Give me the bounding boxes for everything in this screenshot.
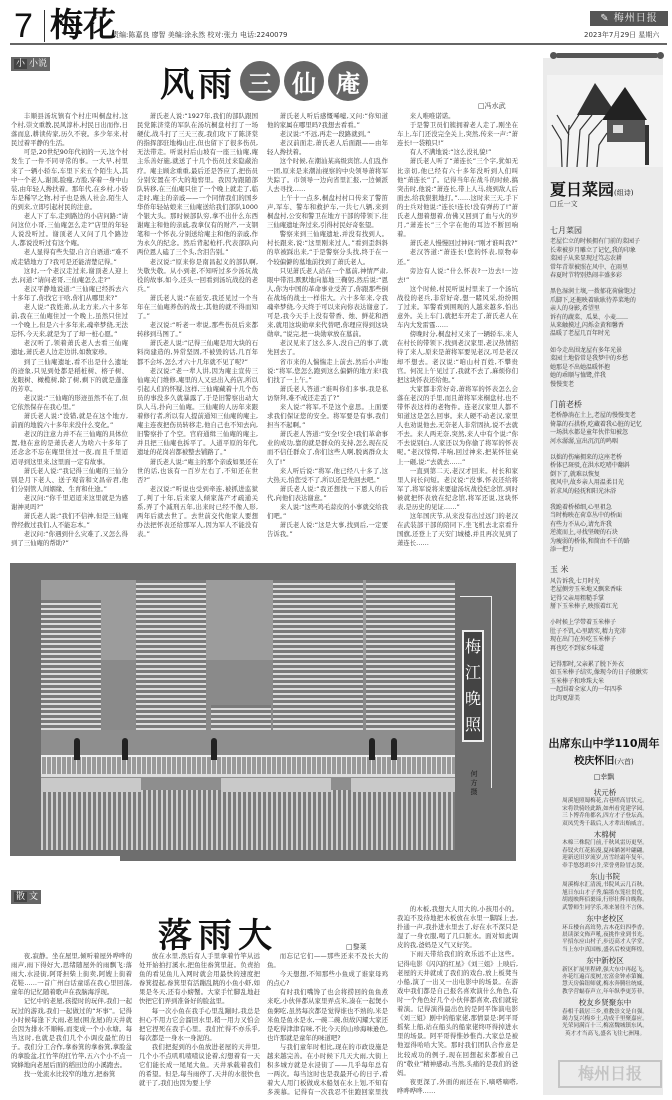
poem-line: 祈求风的轻抚和阳光沐浴 — [550, 488, 658, 496]
poem-line: 有些力不从心,请允许我 — [550, 521, 658, 529]
poem-line: 再也吃不到家乡味道 — [550, 645, 658, 653]
scroll-ornament — [550, 52, 664, 59]
paragraph: 老汉说:“听说也受到牵连,被抓进监狱了,判了十年,后来家人倾家荡产才疏通关系,弄… — [137, 485, 258, 540]
poem-line: 春夏时节特别热闹丰盛多彩 — [550, 272, 658, 280]
ink-sketch-illustration — [547, 75, 663, 167]
poem-line: 当时梅映在荷草丛中的桥面 — [550, 512, 658, 520]
paragraph: 找一处流水比较窄的地方,把畚箕 — [11, 1070, 132, 1079]
poem-line: 她的乖顺与恤鹭,伴我 — [550, 372, 658, 380]
school-poem-list: 状元桥周溪旭照蜀梅花,古巷嗟高冒状元。宋将铁骑经此路,如州看党建学园。三卜博乔角… — [550, 786, 660, 1038]
poem-line: 她那是不出她温暖怀抱 — [550, 364, 658, 372]
school-poem-line: 光荣同满百十三,梅富魏城镇东风。 — [550, 1023, 660, 1030]
story1-column-4: 来人唯唯诺诺。于是警卫员们簇拥着老人走了,刚坐在车上,车门还没完全关上,突然,传… — [397, 112, 518, 552]
paragraph: 丰顺县汤坑镇有个村庄叫桐盘村,这个村,崇文重教,民风淳朴,村民日出而作,日落而息… — [11, 112, 128, 148]
paragraph: 这个时候,在潮汕某高级宾馆,人们乱作一团,原来是来潮汕视察的中央领导萧将军失踪了… — [267, 157, 388, 193]
school-poem-line: 三卜博乔角都名,四方才子登坛高。 — [550, 813, 660, 820]
poem-line: 菜园子从来显现过笃志农耕 — [550, 255, 658, 263]
paragraph: 而忘记它们——那些还来不及长大的鱼。 — [267, 952, 388, 970]
paragraph: 于是警卫员们簇拥着老人走了,刚坐在车上,车门还没完全关上,突然,传来一声:“萧连… — [397, 121, 518, 148]
paragraph: 老人说:“我姓萧,从北方来,六十多年前,我在三仙庵住过一个晚上,虽然只住过一个晚… — [11, 303, 128, 339]
story1-column-1: 丰顺县汤坑镇有个村庄叫桐盘村,这个村,崇文重教,民风淳朴,村民日出而作,日落而息… — [11, 112, 128, 552]
paragraph: 警察来到三仙庵遗址,并没有找到人。村长跟来,说:“这里刚来过人。”看到歪斜斜的草… — [267, 230, 388, 266]
paragraph: 每一次小鱼在我手心里乱蹦时,我总是担心不用力它会溜回水里,稍一用力又怕会把它捏死… — [139, 1007, 260, 1043]
school-poem-line: 当上东中真国栋,盛名后校更辉煌。 — [550, 947, 660, 954]
paragraph: 萧氏老人说:“我记得三仙庵的三仙分别是月下老人、送子观音和文昌帝君,他们分别管人… — [11, 467, 128, 494]
paragraph: 旁边有人说:“什么怀表?一边去!一边去!” — [397, 267, 518, 285]
paragraph: 老汉说:“原来你是南昌起义的部队啊,失敬失敬。从小到老,不知听过多少汤坑战役的故… — [137, 258, 258, 294]
paragraph: 来人唯唯诺诺。 — [397, 112, 518, 121]
paragraph: 老汉见来了这么多人,没自己的事了,就先回去了。 — [267, 339, 388, 357]
header-divider — [44, 10, 45, 42]
poem-line: 一起围着全家人的一年四季 — [550, 686, 658, 694]
paragraph: 我们把捉到的小鱼放进老屋的天井里,几个小不点叽叽喳喳议论着,幻想着有一天它们能长… — [139, 1043, 260, 1088]
paragraph: 放在水里,然后有人手里拿着竹竿从远处开始拍打溪水,把鱼往畚箕里赶。负责抬鱼的看见… — [139, 952, 260, 1007]
editor-credits: 责编:陈嘉良 廖智 美编:涂永然 校对:张力 电话:2240079 — [112, 30, 288, 40]
paragraph: 老汉说:“三仙庵的形迹虽然不在了,但它依然保存在我心里。” — [11, 394, 128, 412]
poem-line: 小时候上学带着玉米棒子 — [550, 619, 658, 627]
paragraph: 与我们童年时相比,现在的市政设施是越来越完善。在小时候下几天大雨,大街上积多城方… — [267, 1043, 388, 1097]
school-poem-heading: 东中新校区 — [550, 957, 660, 964]
school-poem-heading: 校友乡贤聚东中 — [550, 999, 660, 1006]
paragraph: 萧氏老人说:“在延安,我还见过一个当年在三仙庵养伤的战士,其他的就不得而知了。” — [137, 294, 258, 321]
school-poem-subtitle: 校庆怀旧(六首) — [547, 752, 661, 767]
poem-line: 逆流而上,寻找坚硬的石块 — [550, 529, 658, 537]
poem-line: 添一把力 — [550, 546, 658, 554]
paragraph: 这年国庆节,从来没有出过远门的老汉在武装部干部的陪同下,坐飞机去北京看升国旗,还… — [397, 512, 518, 548]
school-poem-line: 武警师生同学乐,寒来暑往不言休。 — [550, 905, 660, 912]
school-poem-line: 春相千载居三乡,重教崇文是自强。 — [550, 1009, 660, 1016]
newspaper-watermark: 梅州日报 — [558, 1060, 662, 1088]
paragraph: 老汉平静地说道:“三仙庵已经拆去六十多年了,你找它干啥,你们从哪里来?” — [11, 285, 128, 303]
paragraph: 萧氏老人答道:“谁叫你们多事,我是私访祭拜,难不成还走丢了?” — [267, 385, 388, 403]
story2-column-3: 而忘记它们——那些还来不及长大的鱼。今天想想,不知那些小鱼成了谁家母鸡的点心?有… — [267, 952, 388, 1097]
paragraph: 夜更深了,外面的雨还在下,嘀嗒嘀嗒,哗哗哗哗…… — [397, 1078, 518, 1096]
poem-line: 亲人的身影,希望里 — [550, 305, 658, 313]
school-poem-heading: 东山书院 — [550, 873, 660, 880]
school-poem-line: 牵手悠悠胡乡汁,荣誉勇险冒志贤。 — [550, 863, 660, 870]
poem-line: 记得父亲用粗糙手掌 — [550, 595, 658, 603]
paragraph: 萧氏老人说:“我们不信神,但是三仙庵曾经救过我们,人不能忘本。” — [11, 512, 128, 530]
paragraph: 可是,20世纪90年代初的一天,这个村发生了一件不同寻常的事。一大早,村里来了一… — [11, 148, 128, 212]
paragraph: 萧氏老人说:“庵主的那个亲戚如果还在世的话,也该有一百岁左右了,不知还在世否?” — [137, 458, 258, 485]
school-poem-line: 双凤凭秀千载后,人才辈出贻威言。 — [550, 821, 660, 828]
paragraph: 记忆中的老屋,孩提时的玩伴,我们一起玩过的游戏,我们一起做过的“坏事”。记得小时… — [11, 997, 132, 1070]
paragraph: 一直到第二天,老汉才回来。村长和家里人问长问短。老汉说:“没事,怀表还给将军了,… — [397, 467, 518, 512]
paragraph: 老人显得有些失望,自言自语道:“难不成走错地方了?我可是还能清楚记得。” — [11, 248, 128, 266]
photo-credit: 何方 摄 — [469, 770, 479, 797]
paragraph: 萧氏老人说:“1927年,我们的部队跟国民党陈济棠的军队在汤坑桐盘村打了一场硬仗… — [137, 112, 258, 258]
story-title: 风雨 三 仙 庵 — [160, 60, 368, 102]
poem-line: 为瘦弱的桥体,和简由不千的路 — [550, 538, 658, 546]
school-poem-title: 出席东山中学110周年 — [547, 735, 661, 752]
poem-heading: 七月菜园 — [550, 227, 658, 235]
story2-column-1: 夜,寂静。坐在屋里,倾听着屋外哗哗的雨声,雨下得好大,思绪随屋外的雨飘飞:落雨大… — [11, 952, 132, 1097]
poem-line: 诉有的蔬菜、瓜果、小麦…… — [550, 314, 658, 322]
paragraph: 傍晚时分,桐盘村又来了一辆轿车,来人在村长的带领下,找到老汉家里,老汉热情招待了… — [397, 330, 518, 385]
paragraph: 老汉问:“你千里迢迢来这里就是为感谢神灵吗?” — [11, 494, 128, 512]
poem-heading: 门前老桥 — [550, 401, 658, 409]
poem-line: 老桥静淌在土上,老屋的慢慢变老 — [550, 412, 658, 420]
header-rule — [10, 43, 667, 45]
frame-notch — [10, 856, 120, 861]
section-title: 梅花 — [50, 5, 116, 45]
paragraph: 萧氏老人答道:“安全!安全!我们革命事业的成功,靠的就是群众的支持,怎么现在反而… — [267, 430, 388, 466]
paragraph: 萧氏老人说:“我还想找一下恩人的后代,向他们表达谢意。” — [267, 485, 388, 503]
paragraph: 萧氏老人听后感慨唏嘘,又问:“你知道他的家属在哪里吗?我想去看看。” — [267, 112, 388, 130]
paragraph: 来人听后说:“将军,他已经八十多了,这大热天,怕您受不了,所以还是先回去吧。” — [267, 467, 388, 485]
school-poem-line: 周溪旭照蜀梅花,古巷嗟高冒状元。 — [550, 798, 660, 805]
story2-column-4: 的木板,我想大人用大的,小孩用小的。我迫不及待地把木板放在水里一脚踩上去,扑通一… — [397, 905, 518, 1097]
paragraph: 老汉听了,领着萧氏老人去看三仙庵遗址,萧氏老人边走边讲,如数家珍。 — [11, 339, 128, 357]
school-poem-line: 新区扩展里程碑,强大东中再起飞。 — [550, 967, 660, 974]
school-poem-line: 教学营蝠春声立,年年纵季更芳菲。 — [550, 989, 660, 996]
poem-line: 常年青翠被照在风中、在雨里 — [550, 264, 658, 272]
poem-line: 如玉米棒子结实,像现今的日子般瞅实 — [550, 669, 658, 677]
poem-line: 菜园土地俗常是我梦中的乡愁 — [550, 355, 658, 363]
paragraph: 老汉说:“不远,再走一段路就到。” — [267, 130, 388, 139]
poem-line: 肚子不饥,心里踏实,精力充沛 — [550, 628, 658, 636]
paragraph: 今天想想,不知那些小鱼成了谁家母鸡的点心? — [267, 970, 388, 988]
paragraph: 的木板,我想大人用大的,小孩用小的。我迫不及待地把木板放在水里一脚踩上去,扑通一… — [397, 905, 518, 950]
poem-line: 一场洪水都是童年伙伴知被忽 — [550, 429, 658, 437]
school-poem-heading: 东中老校区 — [550, 915, 660, 922]
paragraph: 萧氏老人说:“没错,就是在这个地方,前面的地貌六十多年来没什么变化。” — [11, 412, 128, 430]
school-poem-line: 英才才当高飞,盛名飞往七洲翔。 — [550, 1031, 660, 1038]
paragraph: 到了三仙庵遗址,看不出是什么遗址的迹象,只见到处都是稻桩树、榕子树、龙眼树、橄榄… — [11, 358, 128, 394]
poem-heading: 玉 米 — [550, 566, 658, 574]
category-tag: 小小说 — [11, 57, 50, 71]
poem-line: 比肉更甜美 — [550, 695, 658, 703]
school-poem-heading: 状元桥 — [550, 789, 660, 796]
paragraph: 老汉的注意力并不在三仙庵的具体位置,他在意的是萧氏老人为啥六十多年了还念念不忘在… — [11, 430, 128, 466]
poem-line: 爪脚下,还拖映着耿耿待养菜地的 — [550, 297, 658, 305]
poem-line: 桥体已斑驳,在洪水吃嗜中翻斜 — [550, 462, 658, 470]
paragraph: 萧氏老人说:“记得三仙庵是用大块的石料岗建造的,异常坚固,不被毁的话,几百年都不… — [137, 339, 258, 366]
essay-author: □黎莱 — [346, 942, 367, 952]
poem-line: 黑色湿润土壤,一拨郁花荷偷饱过 — [550, 288, 658, 296]
school-poem-line: 慧天房偏钮师就,梅水奔腾壮统威。 — [550, 981, 660, 988]
paragraph: 省市来的人惴惴走上前去,然后小声地说:“将军,您怎么跑到这么偏僻的地方来!我们找… — [267, 358, 388, 385]
book-icon: ✎ — [600, 13, 609, 24]
paragraph: 萧氏老人说:“这是大事,找到后,一定要告诉我。” — [267, 521, 388, 539]
paragraph: 老汉说:“听老一辈说,那些伤员后来都转移到马图了。” — [137, 321, 258, 339]
paragraph: 这个时候,村民听说村里来了一个汤坑战役的老兵,非常好奇,想一睹风采,纷纷围了过来… — [397, 285, 518, 330]
story-author: □冯水武 — [478, 101, 506, 111]
poem-line: 河水潺潺,宣出沉沉的鸣咽 — [550, 438, 658, 446]
poem-line: 现在出门在外吃玉米棒子 — [550, 636, 658, 644]
poem-line: 掰下玉米棒子,映照着红光 — [550, 603, 658, 611]
school-poem-heading: 木棉树 — [550, 831, 660, 838]
paragraph: 萧氏老人听了“萧连长”三个字,犹如无比亲切,他已经有六十多年没听到人们叫他“萧连… — [397, 157, 518, 239]
paragraph: 大家都非常好奇,萧将军的怀表怎么会落在老汉的手里,而且萧将军来桐盘村,也不带怀表… — [397, 385, 518, 467]
paragraph: 有时我们嘴馋了也会将捞回的鱼鱼煮来吃,小伙伴都从家里弄点米,凑在一起煲小鱼粥吃,… — [267, 988, 388, 1043]
paragraph: 来人说:“这些鸡毛蒜皮的小事就交给我们吧。” — [267, 503, 388, 521]
paragraph: 只见萧氏老人站在一个墓前,神情严肃,眼中带泪,默默地向墓地三鞠躬,然后说:“恩人… — [267, 267, 388, 340]
school-poem-line: 迎新送旧岁流岁,历雪经霜年复年。 — [550, 855, 660, 862]
school-poem-line: 环丘楼台高耸势,古木花妇四季香。 — [550, 925, 660, 932]
poem-line: 老屋伫立的时候拥有门前的菜园子 — [550, 238, 658, 246]
poem-author: □丘一文 — [550, 199, 578, 209]
page-number: 7 — [14, 6, 33, 46]
paragraph: 上午十一点多,桐盘村村口传来了警笛声,军车、警车和救护车,一共七八辆,来到桐盘村… — [267, 194, 388, 230]
poem-line: 老屋侧旁玉米地又飘来香味 — [550, 586, 658, 594]
paragraph: 夜,寂静。坐在屋里,倾听着屋外哗哗的雨声,雨下得好大,思绪随屋外的雨飘飞:落雨大… — [11, 952, 132, 997]
paragraph: 来人说:“将军,不是这个意思。上面要求我们保证您的安全。将军要是有事,我们担当不… — [267, 403, 388, 430]
paragraph: 老人下了车,走到路边的小店问路:“请问这位小哥,三仙庵怎么走?”店里的年轻人说没… — [11, 212, 128, 248]
paragraph: 老汉说:“老一辈人讲,因为庵主宣传三仙庵关门维修,庵里的人又忌出入药店,所以引起… — [137, 367, 258, 458]
story2-column-2: 放在水里,然后有人手里拿着竹竿从远处开始拍打溪水,把鱼往畚箕里赶。负责抬鱼的看见… — [139, 952, 260, 1097]
poem-line: 倚靠的石拱桥,吃藏着我心脏的记忆 — [550, 421, 658, 429]
poem-line: 夜风中,故乡亲人用温柔目光 — [550, 479, 658, 487]
poem-title: 夏日菜园(组诗) — [550, 177, 633, 200]
issue-date: 2023年7月29日 星期六 — [584, 30, 659, 40]
paragraph: 老汉前面走,萧氏老人后面跟——由年轻人搀扶着。 — [267, 139, 388, 157]
paragraph: 老汉答道:“萧连长!您的怀表,原物奉还。” — [397, 248, 518, 266]
school-poem-line: 平招东应山村子,步迈高才人学堂。 — [550, 939, 660, 946]
poem-line: 慢慢变老 — [550, 381, 658, 389]
school-poem-line: 胡霞映辉佰裹谛,行形壮辉自晚称。 — [550, 897, 660, 904]
river-night-photo — [41, 580, 455, 850]
school-poem-author: □幸飘 — [547, 772, 661, 782]
poem-line: 风告诉我,七月时光 — [550, 578, 658, 586]
category-tag-essay: 散文 — [11, 890, 41, 904]
school-poem-line: 周溪梅水汇清流,书院风云几百秋。 — [550, 882, 660, 889]
school-poem-line: 木棉三株院门前,千秋风雷历更坚。 — [550, 840, 660, 847]
poem-line: 温暖了老屋几百年时光 — [550, 330, 658, 338]
story1-column-2: 萧氏老人说:“1927年,我们的部队跟国民党陈济棠的军队在汤坑桐盘村打了一场硬仗… — [137, 112, 258, 552]
poem-line: 长辈被岁月雕立了记忆,我的印象 — [550, 247, 658, 255]
paragraph: 老汉问:“你遇到什么灾难了,又怎么得到了三仙庵的帮助?” — [11, 530, 128, 548]
newspaper-logo: ✎ 梅州日报 — [590, 11, 668, 26]
story1-column-3: 萧氏老人听后感慨唏嘘,又问:“你知道他的家属在哪里吗?我想去看看。”老汉说:“不… — [267, 112, 388, 552]
essay-title: 落雨大 — [158, 908, 278, 957]
photo-title: 梅 江 晚 照 — [462, 630, 484, 742]
poem-list: 七月菜园老屋伫立的时候拥有门前的菜园子长辈被岁月雕立了记忆,我的印象菜园子从来显… — [550, 221, 658, 703]
poem-line: 倒下了,就难以恢复 — [550, 471, 658, 479]
paragraph: 下雨天带给我们的欢乐远不止这些。记得电影《闪闪的红星》《刘三姐》上映后,老屋的天… — [397, 950, 518, 1077]
paragraph: 这时,一个老汉走过来,谢顶老人迎上去,问道:“请问老哥,三仙庵怎么走?” — [11, 267, 128, 285]
